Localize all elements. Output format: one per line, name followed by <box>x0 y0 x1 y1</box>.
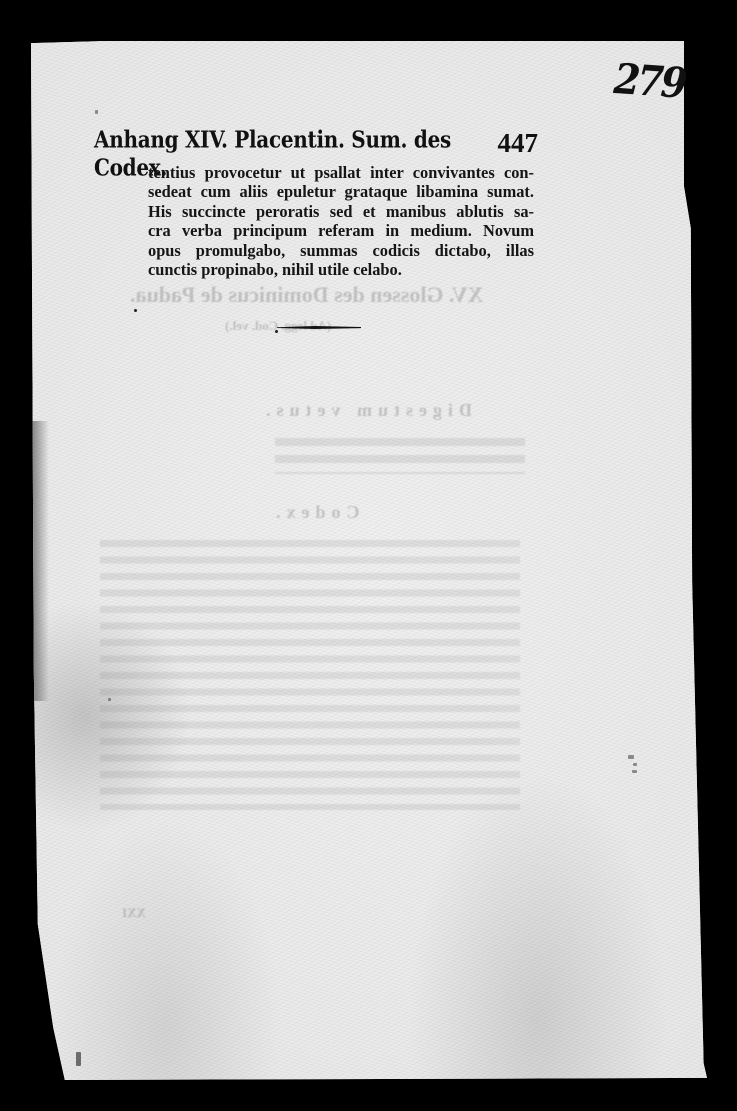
body-line: cunctis propinabo, nihil utile celabo. <box>148 260 534 279</box>
body-line: sedeat cum aliis epuletur grataque libam… <box>148 182 534 201</box>
page-number: 447 <box>498 128 539 159</box>
body-line: cra verba principum referam in medium. N… <box>148 221 534 240</box>
ink-speck <box>95 110 98 114</box>
ink-stain <box>76 1052 81 1066</box>
body-paragraph: tentius provocetur ut psallat inter conv… <box>148 163 534 279</box>
scan-background: XV. Glossen des Dominicus de Padua. (Ad … <box>0 0 737 1111</box>
bleed-through-margin-mark: XXI <box>122 905 146 921</box>
body-line: tentius provocetur ut psallat inter conv… <box>148 163 534 182</box>
bleed-through-section-digestum: Digestum vetus. <box>260 400 472 421</box>
bleed-through-text-block <box>100 540 490 810</box>
ink-speck <box>632 770 637 773</box>
bleed-through-entry-1 <box>275 438 525 474</box>
bleed-through-heading: XV. Glossen des Dominicus de Padua. <box>130 282 484 308</box>
bleed-through-section-codex: Codex. <box>270 502 360 523</box>
ink-speck <box>108 698 111 701</box>
bleed-through-subheading: (Ad legg. Cod. vel.) <box>225 318 331 334</box>
ink-speck <box>633 763 637 766</box>
body-line: His succincte peroratis sed et manibus a… <box>148 202 534 221</box>
page-edge-stain <box>31 421 49 701</box>
ink-speck <box>275 330 278 333</box>
handwritten-folio-number: 279 <box>612 53 686 107</box>
ink-speck <box>628 755 634 759</box>
ink-speck <box>134 309 137 312</box>
body-line: opus promulgabo, summas codicis dictabo,… <box>148 241 534 260</box>
bleed-through-margin-numbers <box>490 540 520 810</box>
